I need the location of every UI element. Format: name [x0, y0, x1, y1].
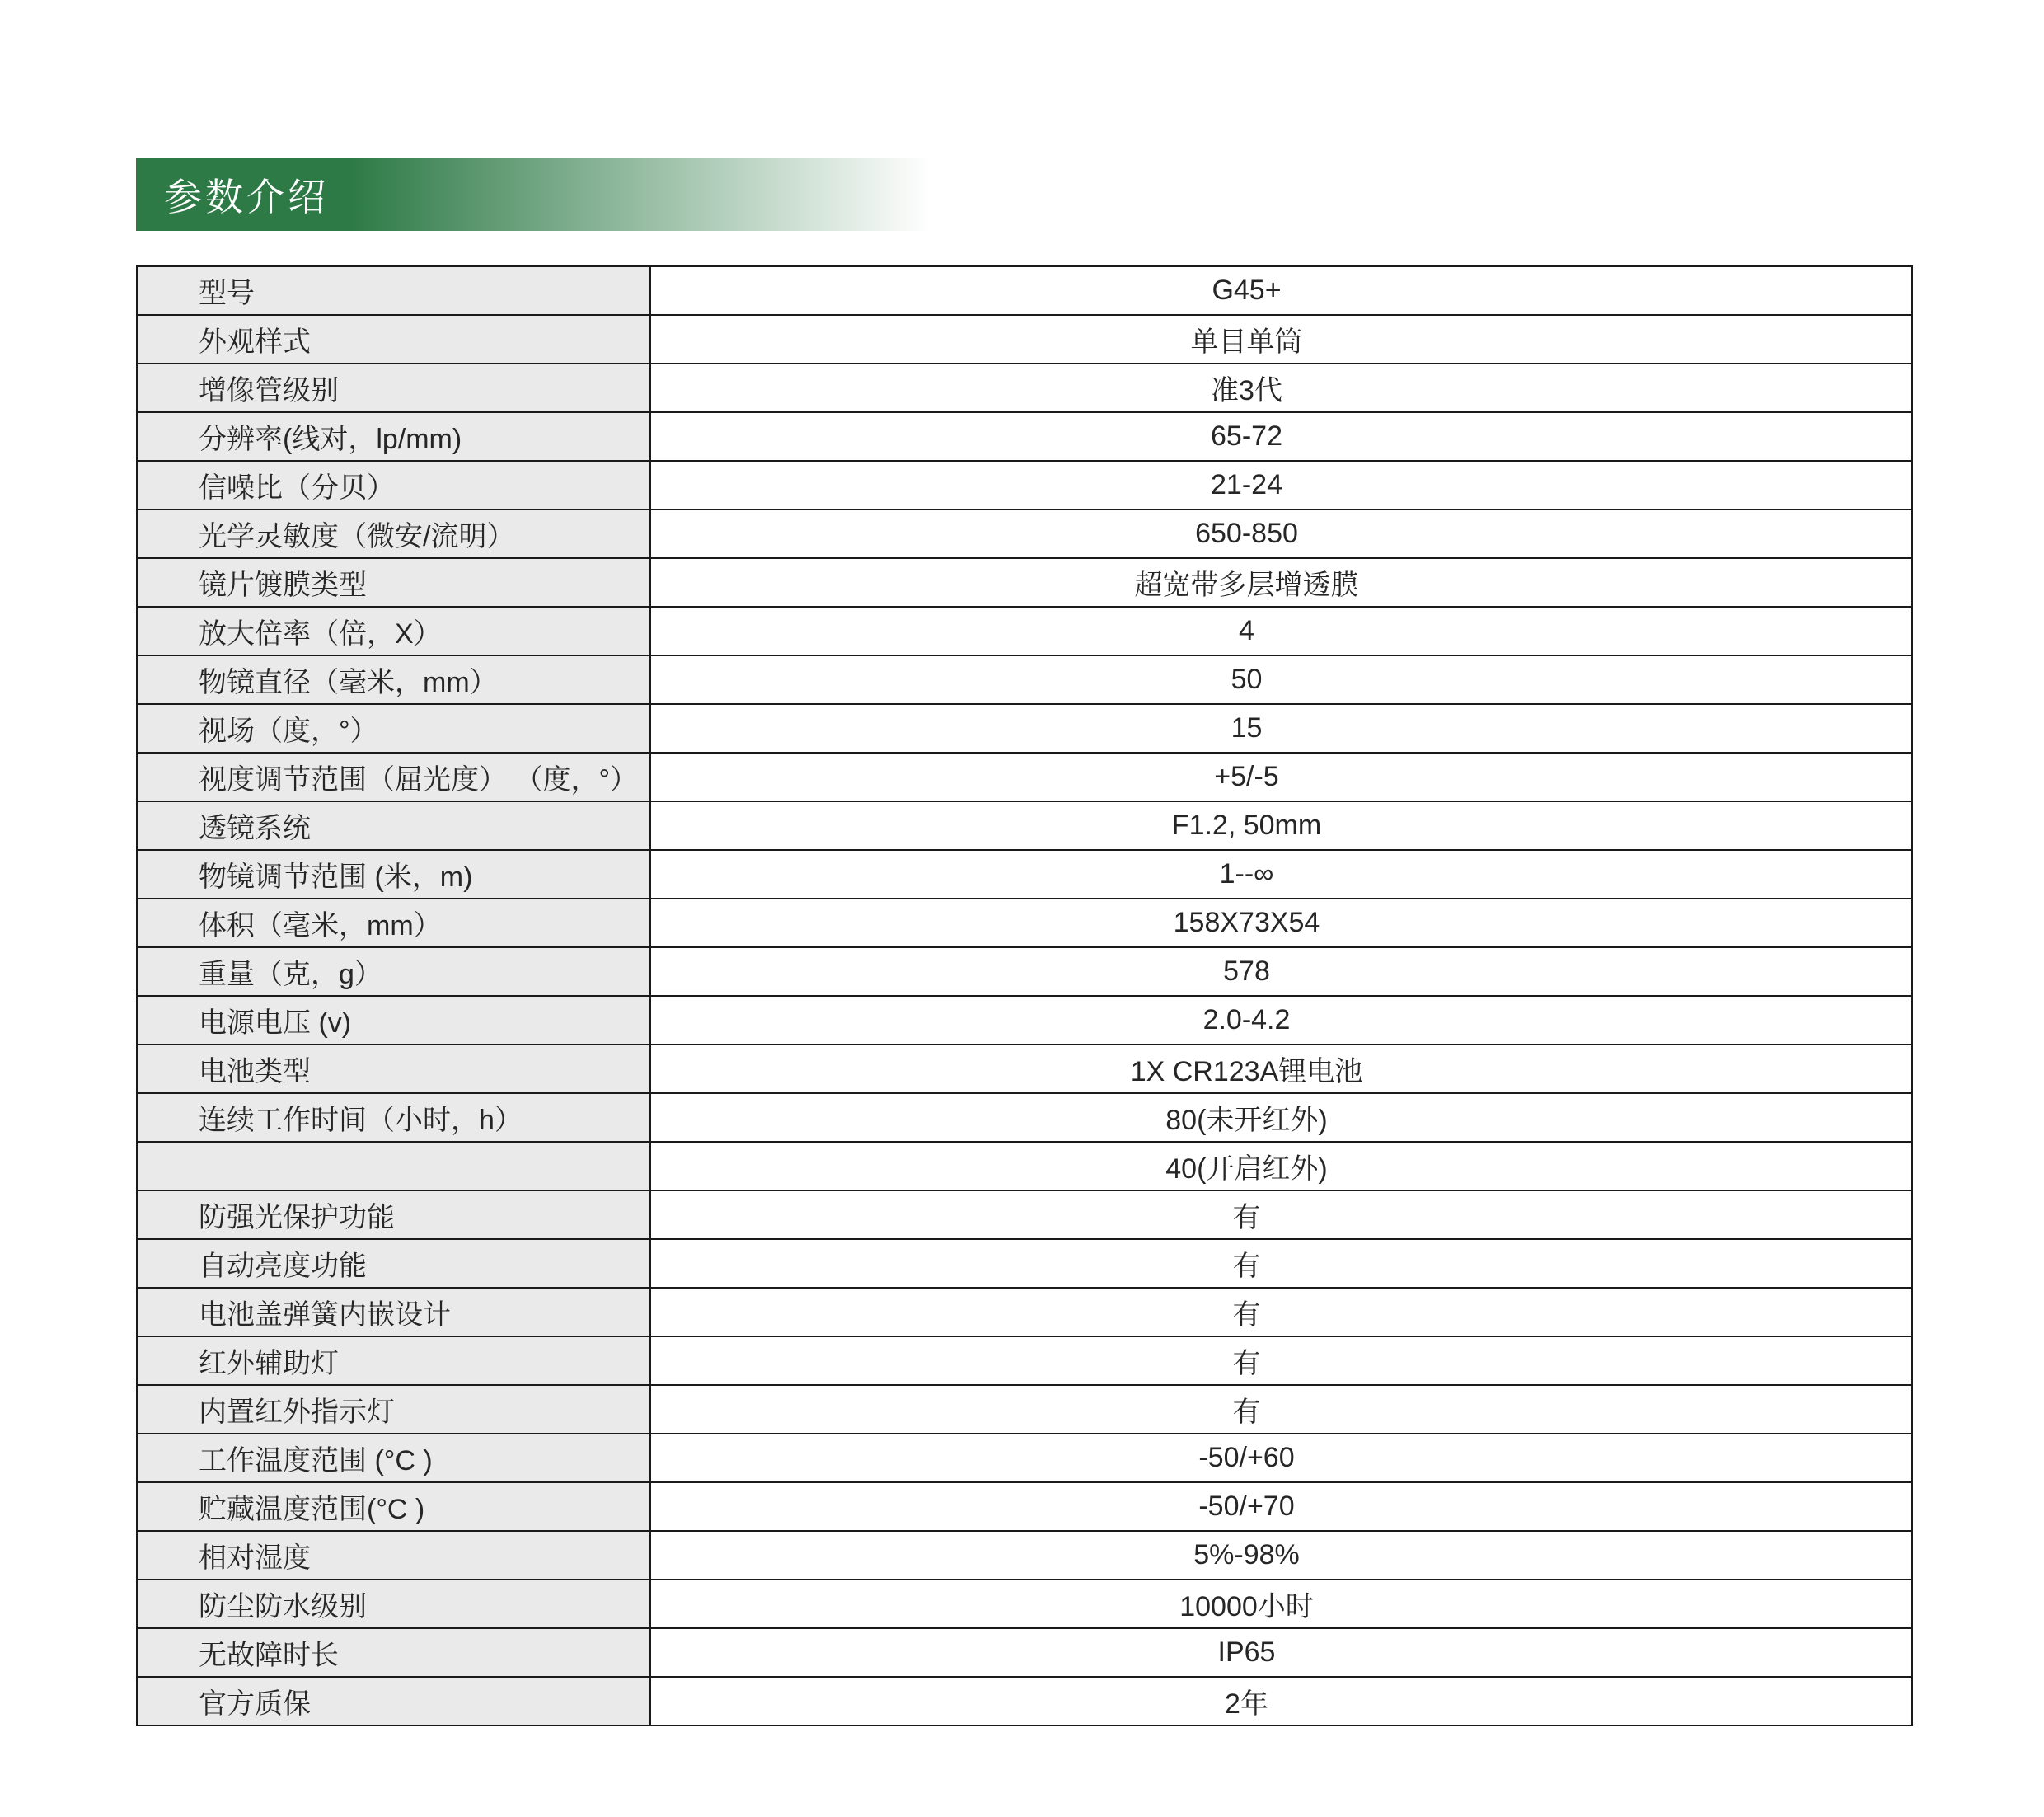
spec-value: 1--∞	[650, 850, 1912, 899]
spec-row: 40(开启红外)	[137, 1142, 1912, 1190]
spec-value: 有	[650, 1288, 1912, 1336]
spec-value: 有	[650, 1385, 1912, 1434]
spec-label: 无故障时长	[137, 1628, 650, 1677]
spec-row: 红外辅助灯有	[137, 1336, 1912, 1385]
spec-value: F1.2, 50mm	[650, 801, 1912, 850]
spec-label: 电源电压 (v)	[137, 996, 650, 1045]
spec-label	[137, 1142, 650, 1190]
spec-value: 15	[650, 704, 1912, 753]
spec-row: 电池类型1X CR123A锂电池	[137, 1045, 1912, 1093]
spec-label: 信噪比（分贝）	[137, 461, 650, 509]
spec-value: 50	[650, 655, 1912, 704]
spec-row: 视度调节范围（屈光度） （度，°）+5/-5	[137, 753, 1912, 801]
spec-label: 镜片镀膜类型	[137, 558, 650, 607]
spec-value: 1X CR123A锂电池	[650, 1045, 1912, 1093]
spec-row: 贮藏温度范围(°C )-50/+70	[137, 1482, 1912, 1531]
spec-label: 贮藏温度范围(°C )	[137, 1482, 650, 1531]
spec-row: 物镜直径（毫米，mm）50	[137, 655, 1912, 704]
spec-value: 有	[650, 1190, 1912, 1239]
spec-label: 防强光保护功能	[137, 1190, 650, 1239]
spec-label: 工作温度范围 (°C )	[137, 1434, 650, 1482]
spec-table-body: 型号G45+外观样式单目单筒增像管级别准3代分辨率(线对，lp/mm)65-72…	[137, 266, 1912, 1725]
spec-label: 型号	[137, 266, 650, 315]
section-title: 参数介绍	[164, 167, 329, 222]
spec-label: 光学灵敏度（微安/流明）	[137, 509, 650, 558]
spec-label: 电池盖弹簧内嵌设计	[137, 1288, 650, 1336]
spec-value: 21-24	[650, 461, 1912, 509]
spec-row: 相对湿度5%-98%	[137, 1531, 1912, 1580]
spec-row: 分辨率(线对，lp/mm)65-72	[137, 412, 1912, 461]
spec-value: 超宽带多层增透膜	[650, 558, 1912, 607]
section-banner: 参数介绍	[136, 158, 956, 231]
spec-label: 电池类型	[137, 1045, 650, 1093]
spec-label: 自动亮度功能	[137, 1239, 650, 1288]
spec-value: 650-850	[650, 509, 1912, 558]
spec-value: 578	[650, 947, 1912, 996]
spec-row: 信噪比（分贝）21-24	[137, 461, 1912, 509]
spec-label: 视场（度，°）	[137, 704, 650, 753]
spec-label: 放大倍率（倍，X）	[137, 607, 650, 655]
spec-row: 增像管级别准3代	[137, 364, 1912, 412]
spec-label: 体积（毫米，mm）	[137, 899, 650, 947]
spec-row: 光学灵敏度（微安/流明）650-850	[137, 509, 1912, 558]
spec-label: 物镜调节范围 (米，m)	[137, 850, 650, 899]
spec-row: 透镜系统F1.2, 50mm	[137, 801, 1912, 850]
spec-row: 重量（克，g）578	[137, 947, 1912, 996]
spec-value: -50/+60	[650, 1434, 1912, 1482]
spec-row: 自动亮度功能有	[137, 1239, 1912, 1288]
spec-value: G45+	[650, 266, 1912, 315]
spec-row: 无故障时长IP65	[137, 1628, 1912, 1677]
spec-row: 型号G45+	[137, 266, 1912, 315]
spec-label: 红外辅助灯	[137, 1336, 650, 1385]
spec-value: IP65	[650, 1628, 1912, 1677]
spec-row: 防强光保护功能有	[137, 1190, 1912, 1239]
spec-value: 5%-98%	[650, 1531, 1912, 1580]
spec-table: 型号G45+外观样式单目单筒增像管级别准3代分辨率(线对，lp/mm)65-72…	[136, 265, 1913, 1726]
spec-label: 物镜直径（毫米，mm）	[137, 655, 650, 704]
spec-label: 防尘防水级别	[137, 1580, 650, 1628]
spec-row: 放大倍率（倍，X）4	[137, 607, 1912, 655]
spec-value: 单目单筒	[650, 315, 1912, 364]
spec-value: 10000小时	[650, 1580, 1912, 1628]
spec-label: 相对湿度	[137, 1531, 650, 1580]
spec-label: 透镜系统	[137, 801, 650, 850]
spec-value: -50/+70	[650, 1482, 1912, 1531]
spec-value: 2年	[650, 1677, 1912, 1725]
spec-row: 物镜调节范围 (米，m)1--∞	[137, 850, 1912, 899]
spec-value: 80(未开红外)	[650, 1093, 1912, 1142]
spec-value: 准3代	[650, 364, 1912, 412]
spec-label: 分辨率(线对，lp/mm)	[137, 412, 650, 461]
spec-row: 官方质保2年	[137, 1677, 1912, 1725]
spec-value: 4	[650, 607, 1912, 655]
spec-value: 40(开启红外)	[650, 1142, 1912, 1190]
spec-value: 2.0-4.2	[650, 996, 1912, 1045]
spec-label: 外观样式	[137, 315, 650, 364]
spec-label: 增像管级别	[137, 364, 650, 412]
spec-label: 重量（克，g）	[137, 947, 650, 996]
spec-label: 连续工作时间（小时，h）	[137, 1093, 650, 1142]
spec-row: 体积（毫米，mm）158X73X54	[137, 899, 1912, 947]
spec-row: 连续工作时间（小时，h）80(未开红外)	[137, 1093, 1912, 1142]
spec-row: 内置红外指示灯有	[137, 1385, 1912, 1434]
spec-value: 158X73X54	[650, 899, 1912, 947]
spec-value: 有	[650, 1336, 1912, 1385]
spec-value: 65-72	[650, 412, 1912, 461]
spec-label: 内置红外指示灯	[137, 1385, 650, 1434]
spec-label: 视度调节范围（屈光度） （度，°）	[137, 753, 650, 801]
spec-value: 有	[650, 1239, 1912, 1288]
spec-row: 镜片镀膜类型超宽带多层增透膜	[137, 558, 1912, 607]
spec-row: 电池盖弹簧内嵌设计有	[137, 1288, 1912, 1336]
spec-value: +5/-5	[650, 753, 1912, 801]
spec-row: 外观样式单目单筒	[137, 315, 1912, 364]
spec-row: 视场（度，°）15	[137, 704, 1912, 753]
spec-row: 防尘防水级别10000小时	[137, 1580, 1912, 1628]
spec-row: 工作温度范围 (°C )-50/+60	[137, 1434, 1912, 1482]
spec-row: 电源电压 (v)2.0-4.2	[137, 996, 1912, 1045]
spec-label: 官方质保	[137, 1677, 650, 1725]
